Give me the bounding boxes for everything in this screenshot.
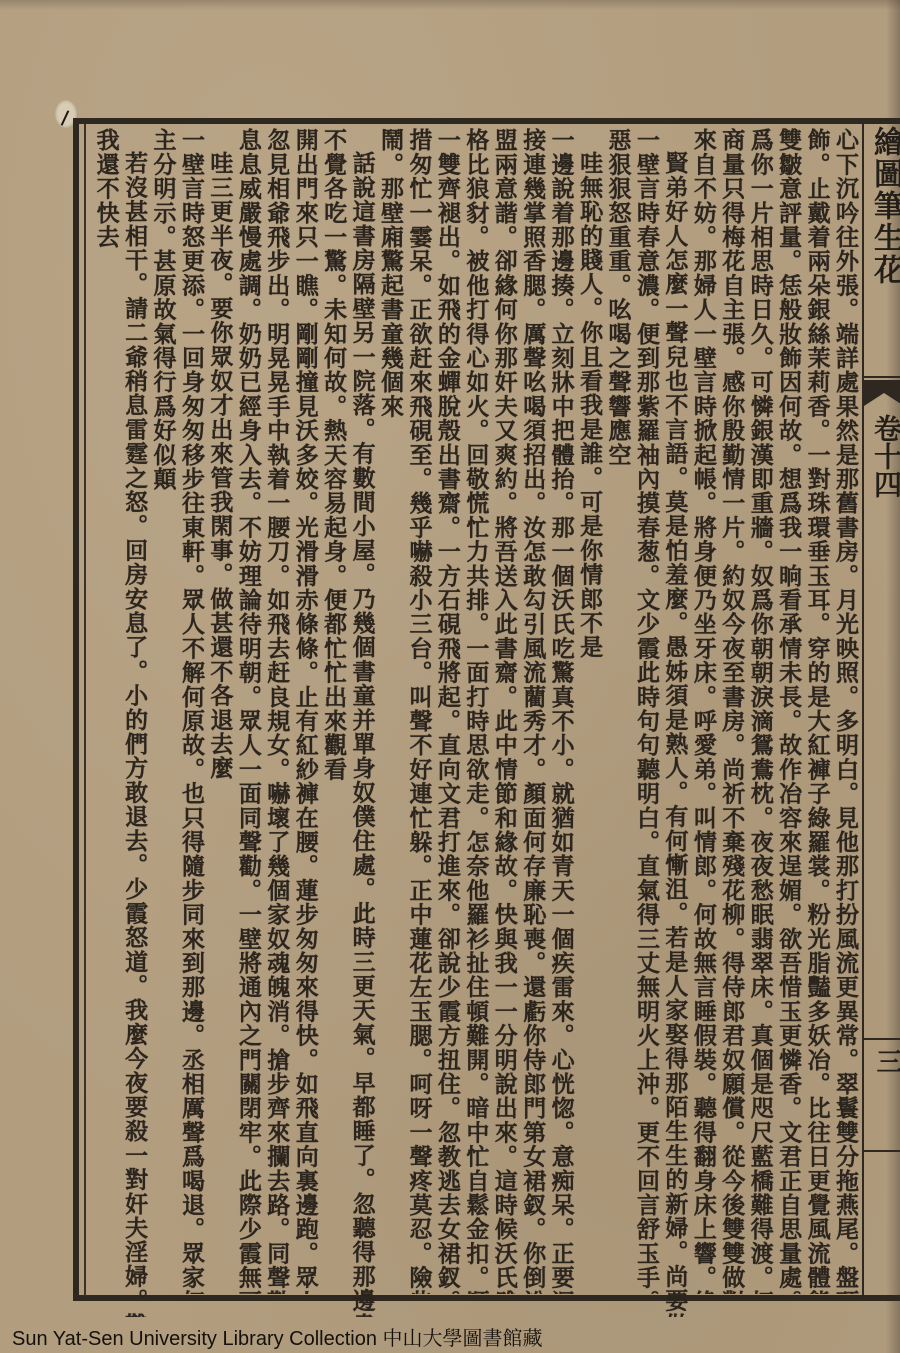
text-column: 話說這書房隔壁另一院落。有數間小屋。乃幾個書童并單身奴僕住處。此時三更天氣。早都… — [348, 128, 376, 1317]
fishtail-mark-icon — [864, 380, 900, 406]
text-column: 主分明示。甚原故氣得行爲好似顛 — [149, 128, 177, 1294]
page-number-box: 三 — [864, 1038, 900, 1152]
text-column: 哇三更半夜。要你眾奴才出來管我閑事。做甚還不各退去麼 — [206, 128, 234, 1317]
text-column: 忽見相爺飛步出。明晃晃手中執着一腰刀。如飛去赶良規女。嚇壞了幾個家奴魂魄消。搶步… — [263, 128, 291, 1294]
text-column: 格比狼豺。被他打得心如火。回敬慌忙力共排。一面打時思欲走。怎奈他羅衫扯住頓難開。… — [462, 128, 490, 1294]
library-collection-caption: Sun Yat-Sen University Library Collectio… — [12, 1322, 543, 1351]
main-text-body: 心下沉吟往外張。端詳處果然是那舊書房。月光映照。多明白。見他那打扮風流更異常。翠… — [92, 128, 860, 1294]
text-column: 商量只得梅花自主張。感你殷勤情一片。約奴今夜至書房。尚祈不棄殘花柳。得侍郎君奴願… — [718, 128, 746, 1294]
page-edge-shadow-top — [0, 0, 900, 10]
text-column: 飾。止戴着兩朵銀絲茉莉香。一對珠環垂玉耳。穿的是大紅褲子綠羅裳。粉光脂豔多妖冶。… — [803, 128, 831, 1294]
text-column: 來自不妨。那婦人一壁言時掀起帳。將身便乃坐牙床。呼愛弟。叫情郎。何故無言睡假裝。… — [689, 128, 717, 1294]
text-column: 一壁言時春意濃。便到那紫羅袖內摸春葱。文少霞此時句句聽明白。直氣得三丈無明火上沖… — [633, 128, 661, 1294]
text-column: 鬧。那壁廂驚起書童幾個來 — [377, 128, 405, 1294]
text-column: 若沒甚相干。請二爺稍息雷霆之怒。回房安息了。小的們方敢退去。少霞怒道。我麼今夜要… — [121, 128, 149, 1317]
text-column: 惡狠狠怒重重。吆喝之聲響應空 — [604, 128, 632, 1294]
text-column: 雙皺意評量。恁般妝飾因何故。想爲我一晌看承情未長。故作冶容來逞媚。欲吾惜玉更憐香… — [775, 128, 803, 1294]
text-column: 一雙齊褪出。如飛的金蟬脫殼出書齋。一方石硯飛將起。直向文君打進來。卻說少霞方扭住… — [433, 128, 461, 1294]
page-number: 三 — [872, 1048, 900, 1074]
text-column: 心下沉吟往外張。端詳處果然是那舊書房。月光映照。多明白。見他那打扮風流更異常。翠… — [832, 128, 860, 1294]
text-column: 盟兩意諧。卻緣何你那奸夫又爽約。將吾送入此書齋。此中情節和緣故。快與我一一分明說… — [490, 128, 518, 1294]
text-column: 接連幾掌照香腮。厲聲吆喝須招出。汝怎敢勾引風流藺秀才。顏面何存廉恥喪。還虧你侍郎… — [519, 128, 547, 1294]
text-column: 一壁言時怒更添。一回身匆匆移步往東軒。眾人不解何原故。也只得隨步同來到那邊。丞相… — [178, 128, 206, 1294]
text-column: 開出門來只一瞧。剛剛撞見沃多姣。光滑滑赤條條。止有紅紗褲在腰。蓮步匆匆來得快。如… — [291, 128, 319, 1294]
text-column: 哇無恥的賤人。你且看我是誰。可是你情郎不是 — [576, 128, 604, 1317]
book-title: 繪圖筆生花 — [868, 126, 900, 286]
block-heart-header: 繪圖筆生花 卷十四 三 — [862, 118, 900, 1301]
text-column: 不覺各吃一驚。未知何故。熱天容易起身。便都忙忙出來觀看 — [320, 128, 348, 1294]
text-column: 措匆忙一霎呆。正欲赶來飛硯至。幾乎嚇殺小三台。叫聲不好連忙躲。正中蓮花左玉腮。呵… — [405, 128, 433, 1294]
text-column: 爲你一片相思時日久。可憐銀漢即重牆。奴爲你朝朝淚滴鴛鴦枕。夜夜愁眠翡翠床。真個是… — [746, 128, 774, 1294]
text-column: 賢弟好人怎麼一聲兒也不言語。莫是怕羞麼。愚姊須是熟人。有何慚沮。若是人家娶得那陌… — [661, 128, 689, 1317]
fishtail-rule — [864, 376, 900, 378]
text-column: 息息威嚴慢處調。奶奶已經身入去。不妨理論待明朝。眾人一面同聲勸。一壁將通內之門關… — [234, 128, 262, 1294]
frame-inner-line — [84, 124, 86, 1296]
text-column: 一邊說着那邊揍。立刻牀中把體抬。那一個沃氏吃驚真不小。就猶如青天一個疾雷來。心恍… — [547, 128, 575, 1294]
text-column: 我還不快去 — [92, 128, 120, 1294]
volume-label: 卷十四 — [870, 414, 900, 498]
